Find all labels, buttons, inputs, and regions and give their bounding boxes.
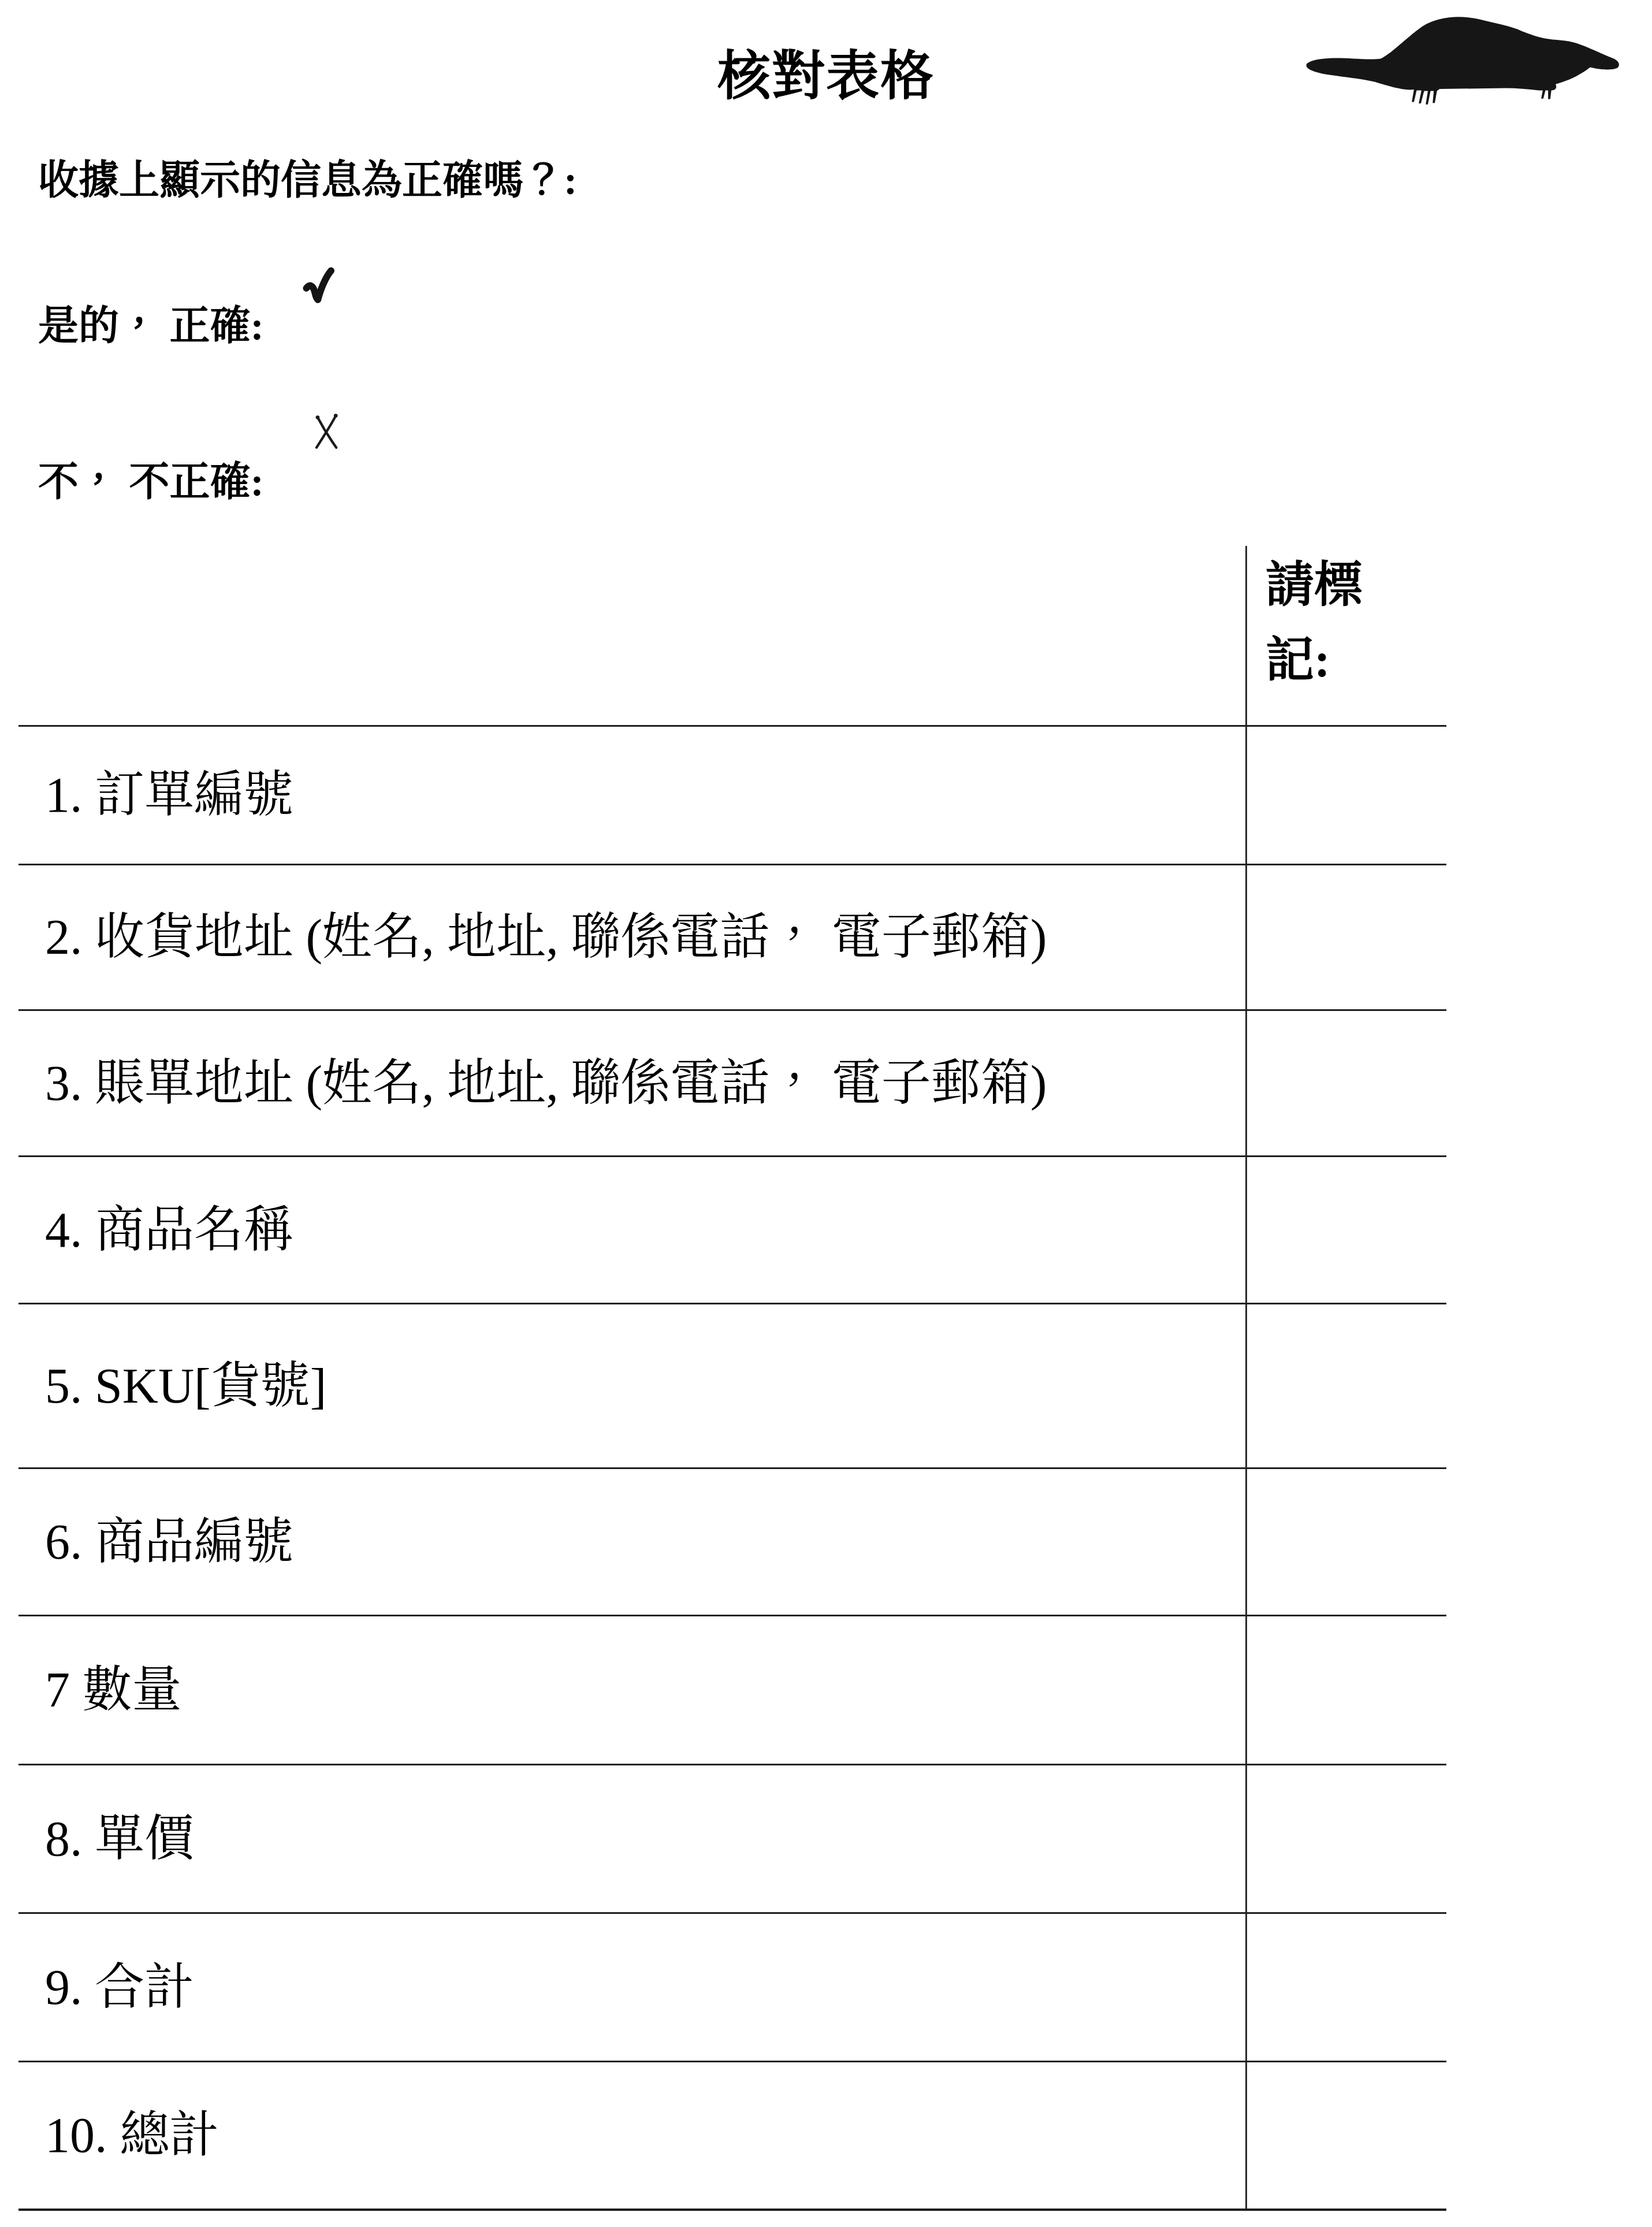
table-row: 2. 收貨地址 (姓名, 地址, 聯係電話， 電子郵箱) [18,864,1446,1009]
row-label: 1. 訂單編號 [45,767,293,824]
mark-cell[interactable] [1245,1914,1446,2061]
mark-cell[interactable] [1245,1011,1446,1155]
table-row: 10. 總計 [18,2061,1446,2211]
x-mark-icon [311,411,344,455]
mark-cell[interactable] [1245,1469,1446,1615]
mark-cell[interactable] [1245,2062,1446,2209]
row-label: 10. 總計 [45,2107,219,2164]
table-header-row: 請標記: [18,546,1446,725]
mark-cell[interactable] [1245,727,1446,864]
table-row: 1. 訂單編號 [18,725,1446,864]
checkmark-icon [300,267,336,307]
row-label: 8. 單價 [45,1810,194,1868]
table-row: 7 數量 [18,1615,1446,1764]
mark-cell[interactable] [1245,1157,1446,1303]
row-label: 7 數量 [45,1661,182,1719]
checklist-document-page: 核對表格 收據上顯示的信息為正確嗎？: 是的， 正確: 不， 不正確: 請標記:… [0,0,1652,2227]
mark-cell[interactable] [1245,1765,1446,1912]
platypus-icon [1298,10,1635,121]
table-row: 9. 合計 [18,1912,1446,2061]
mark-column: 請標記: [1245,546,1446,725]
table-row: 4. 商品名稱 [18,1155,1446,1303]
table-row: 6. 商品編號 [18,1467,1446,1615]
table-row: 3. 賬單地址 (姓名, 地址, 聯係電話， 電子郵箱) [18,1009,1446,1155]
question-text: 收據上顯示的信息為正確嗎？: [38,148,577,206]
mark-column-header: 請標記: [1266,548,1381,698]
row-label: 2. 收貨地址 (姓名, 地址, 聯係電話， 電子郵箱) [45,909,1047,966]
row-label: 9. 合計 [45,1959,194,2016]
row-label: 6. 商品編號 [45,1514,293,1571]
row-label: 4. 商品名稱 [45,1202,293,1259]
mark-cell[interactable] [1245,1616,1446,1764]
table-row: 5. SKU[貨號] [18,1303,1446,1467]
row-label: 5. SKU[貨號] [45,1358,326,1415]
option-no-label: 不， 不正確: [38,449,264,508]
checklist-table: 請標記: 1. 訂單編號 2. 收貨地址 (姓名, 地址, 聯係電話， 電子郵箱… [18,546,1446,2211]
option-yes-label: 是的， 正確: [38,293,264,352]
mark-cell[interactable] [1245,1304,1446,1467]
mark-cell[interactable] [1245,865,1446,1009]
table-row: 8. 單價 [18,1764,1446,1912]
row-label: 3. 賬單地址 (姓名, 地址, 聯係電話， 電子郵箱) [45,1055,1047,1112]
